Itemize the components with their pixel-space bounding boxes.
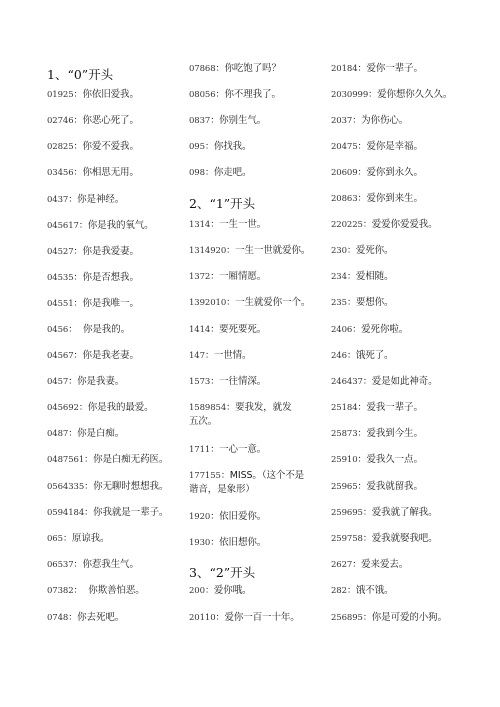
entry-meaning: 爱我就留我。 [366,481,422,492]
entry-code: 04567 [47,351,74,361]
entry-meaning: 要死要死。 [219,324,266,335]
entry-code: 08056 [189,90,216,100]
code-entry: 01925：你依旧爱我。 [47,88,139,102]
code-entry: 25184：爱我一辈子。 [331,401,423,415]
entry-code: 045617 [47,221,79,231]
code-entry: 04551：你是我唯一。 [47,297,139,311]
code-entry: 20184：爱你一辈子。 [331,62,423,76]
code-entry: 02825：你爱不爱我。 [47,140,139,154]
entry-meaning: 你恶心死了。 [82,115,138,126]
entry-meaning: 你是我老妻。 [82,350,138,361]
code-entry: 20863：爱你到来生。 [331,192,423,206]
entry-code: 1314920 [189,246,226,256]
entry-code: 200 [189,586,205,596]
entry-code: 259695 [331,508,363,518]
entry-code: 0487 [47,429,68,439]
code-entry: 0487：你是白痴。 [47,427,124,441]
entry-meaning: 要想你。 [356,297,394,308]
entry-code: 095 [189,142,205,152]
code-entry: 1589854：要我发，就发五次。 [189,401,299,428]
entry-code: 1711 [189,445,210,455]
entry-code: 220225 [331,220,363,230]
entry-code: 2037 [331,116,352,126]
entry-code: 246 [331,351,347,361]
code-entry: 03456：你相思无用。 [47,166,139,180]
entry-meaning: 一心一意。 [219,444,266,455]
code-entry: 0437：你是神经。 [47,193,124,207]
entry-meaning: 你惹我生气。 [82,559,138,570]
entry-code: 0837 [189,116,210,126]
entry-meaning: 你是我的。 [77,324,130,335]
entry-meaning: 你是我唯一。 [82,298,138,309]
entry-meaning: 你是白痴无药医。 [93,454,168,465]
entry-meaning: 一生一世。 [219,219,266,230]
entry-meaning: 你是可爱的小狗。 [372,612,447,623]
entry-code: 25910 [331,455,358,465]
code-entry: 147：一世情。 [189,349,251,363]
code-entry: 2627：爱来爱去。 [331,558,408,572]
code-entry: 04535：你是否想我。 [47,271,139,285]
code-entry: 1314920：一生一世就爱你。 [189,244,310,258]
entry-code: 1392010 [189,298,226,308]
code-entry: 1392010：一生就爱你一个。 [189,296,310,310]
entry-meaning: 你吃饱了吗？ [224,63,280,74]
entry-code: 07868 [189,64,216,74]
code-entry: 1573：一往情深。 [189,375,266,389]
code-entry: 1372：一厢情愿。 [189,270,266,284]
entry-code: 1920 [189,512,210,522]
entry-code: 25184 [331,403,358,413]
code-entry: 08056：你不理我了。 [189,88,281,102]
entry-code: 0487561 [47,455,84,465]
code-entry: 0594184：你我就是一辈子。 [47,506,168,520]
entry-code: 230 [331,246,347,256]
entry-meaning: 你欺善怕恶。 [82,585,144,596]
entry-code: 234 [331,272,347,282]
entry-meaning: 你无聊时想想我。 [93,481,168,492]
entry-meaning: 你爱不爱我。 [82,141,138,152]
entry-code: 25965 [331,482,358,492]
code-entry: 02746：你恶心死了。 [47,114,139,128]
entry-meaning: 爱你到来生。 [366,193,422,204]
code-entry: 246437：爱是如此神奇。 [331,375,438,389]
entry-meaning: 你去死吧。 [77,612,124,623]
code-entry: 1414：要死要死。 [189,323,266,337]
entry-meaning: 爱是如此神奇。 [372,376,438,387]
entry-meaning: 你我就是一辈子。 [93,507,168,518]
code-entry: 25910：爱我久一点。 [331,453,423,467]
entry-meaning: 爱你是幸福。 [366,141,422,152]
entry-meaning: 你是我妻。 [77,376,124,387]
entry-meaning: 你是我的最爱。 [88,402,154,413]
entry-meaning: 你找我。 [214,141,252,152]
entry-meaning: 爱相随。 [356,271,394,282]
entry-meaning: 依旧爱你。 [219,511,266,522]
entry-meaning: 你走吧。 [214,167,252,178]
entry-code: 01925 [47,90,74,100]
code-entry: 07382： 你欺善怕恶。 [47,584,145,598]
entry-meaning: 爱我就娶我吧。 [372,533,438,544]
section-heading-0: 1、“0”开头 [47,67,113,83]
entry-meaning: 你依旧爱我。 [82,89,138,100]
entry-meaning: 饿不饿。 [356,585,394,596]
entry-code: 2030999 [331,90,368,100]
code-entry: 25965：爱我就留我。 [331,480,423,494]
entry-code: 235 [331,298,347,308]
code-entry: 1314：一生一世。 [189,218,266,232]
code-entry: 045692：你是我的最爱。 [47,401,154,415]
entry-meaning: 爱爱你爱爱我。 [372,219,438,230]
entry-meaning: 爱你哦。 [214,585,252,596]
entry-code: 20475 [331,142,358,152]
entry-code: 0748 [47,613,68,623]
entry-meaning: 爱我久一点。 [366,454,422,465]
code-entry: 25873：爱我到今生。 [331,427,423,441]
entry-code: 147 [189,351,205,361]
entry-code: 04527 [47,247,74,257]
entry-meaning: 你相思无用。 [82,167,138,178]
code-entry: 065：原谅我。 [47,532,109,546]
entry-meaning: 你不理我了。 [224,89,280,100]
code-entry: 04527：你是我爱妻。 [47,245,139,259]
entry-code: 2627 [331,560,352,570]
entry-code: 098 [189,168,205,178]
code-entry: 20609：爱你到永久。 [331,166,423,180]
entry-meaning: 依旧想你。 [219,537,266,548]
entry-meaning: 一世情。 [214,350,252,361]
entry-meaning: 爱你一百一十年。 [224,612,299,623]
entry-code: 20184 [331,64,358,74]
entry-meaning: 爱你想你久久久。 [377,89,452,100]
code-entry: 20110：爱你一百一十年。 [189,611,300,625]
code-entry: 246：饿死了。 [331,349,393,363]
code-entry: 200：爱你哦。 [189,584,251,598]
code-entry: 07868：你吃饱了吗？ [189,62,281,76]
code-entry: 1711：一心一意。 [189,443,266,457]
code-entry: 2030999：爱你想你久久久。 [331,88,452,102]
entry-code: 07382 [47,586,74,596]
entry-meaning: 爱我一辈子。 [366,402,422,413]
code-entry: 0487561：你是白痴无药医。 [47,453,168,467]
entry-code: 0456 [47,325,68,335]
entry-meaning: 你是我的氧气。 [88,220,154,231]
entry-meaning: 原谅我。 [72,533,110,544]
entry-meaning: 爱死你。 [356,245,394,256]
code-entry: 0837：你别生气。 [189,114,266,128]
entry-meaning: 你是白痴。 [77,428,124,439]
entry-code: 246437 [331,377,363,387]
entry-code: 02746 [47,116,74,126]
entry-meaning: 爱我到今生。 [366,428,422,439]
entry-meaning: 你是否想我。 [82,272,138,283]
section-heading-1: 2、“1”开头 [189,196,255,212]
code-entry: 234：爱相随。 [331,270,393,284]
entry-code: 20609 [331,168,358,178]
document-page: 1、“0”开头 01925：你依旧爱我。 02746：你恶心死了。 02825：… [0,0,500,707]
code-entry: 0456： 你是我的。 [47,323,130,337]
code-entry: 1920：依旧爱你。 [189,510,266,524]
code-entry: 095：你找我。 [189,140,251,154]
entry-code: 1589854 [189,403,226,413]
entry-code: 25873 [331,429,358,439]
entry-code: 20110 [189,613,216,623]
entry-code: 0437 [47,195,68,205]
code-entry: 2406：爱死你啦。 [331,323,408,337]
code-entry: 2037：为你伤心。 [331,114,408,128]
code-entry: 0564335：你无聊时想想我。 [47,480,168,494]
code-entry: 282：饿不饿。 [331,584,393,598]
entry-code: 20863 [331,194,358,204]
entry-code: 04551 [47,299,74,309]
code-entry: 259758：爱我就娶我吧。 [331,532,438,546]
entry-code: 1314 [189,220,210,230]
entry-code: 282 [331,586,347,596]
code-entry: 1930：依旧想你。 [189,536,266,550]
entry-code: 256895 [331,613,363,623]
code-entry: 0748：你去死吧。 [47,611,124,625]
entry-code: 0594184 [47,508,84,518]
entry-code: 045692 [47,403,79,413]
entry-meaning: 一厢情愿。 [219,271,266,282]
code-entry: 230：爱死你。 [331,244,393,258]
entry-code: 0457 [47,377,68,387]
entry-meaning: 一生就爱你一个。 [235,297,310,308]
entry-code: 0564335 [47,482,84,492]
code-entry: 20475：爱你是幸福。 [331,140,423,154]
entry-meaning: 饿死了。 [356,350,394,361]
entry-code: 06537 [47,560,74,570]
entry-meaning: 爱死你啦。 [361,324,408,335]
code-entry: 098：你走吧。 [189,166,251,180]
entry-code: 1414 [189,325,210,335]
code-entry: 220225：爱爱你爱爱我。 [331,218,438,232]
entry-meaning: 爱来爱去。 [361,559,408,570]
entry-code: 177155 [189,471,221,481]
code-entry: 177155：MISS。（这个不是谐音，是象形） [189,469,307,496]
entry-meaning: 为你伤心。 [361,115,408,126]
entry-code: 03456 [47,168,74,178]
code-entry: 04567：你是我老妻。 [47,349,139,363]
code-entry: 045617：你是我的氧气。 [47,219,154,233]
entry-code: 04535 [47,273,74,283]
entry-meaning: 你是神经。 [77,194,124,205]
entry-meaning: 你是我爱妻。 [82,246,138,257]
code-entry: 0457：你是我妻。 [47,375,124,389]
code-entry: 259695：爱我就了解我。 [331,506,438,520]
entry-code: 02825 [47,142,74,152]
entry-meaning: 爱我就了解我。 [372,507,438,518]
code-entry: 256895：你是可爱的小狗。 [331,611,447,625]
entry-code: 1573 [189,377,210,387]
entry-meaning: 一往情深。 [219,376,266,387]
entry-meaning: 一生一世就爱你。 [235,245,310,256]
entry-meaning: 爱你一辈子。 [366,63,422,74]
entry-code: 259758 [331,534,363,544]
entry-code: 2406 [331,325,352,335]
entry-meaning: 爱你到永久。 [366,167,422,178]
entry-code: 1930 [189,538,210,548]
entry-code: 065 [47,534,63,544]
entry-meaning: 你别生气。 [219,115,266,126]
code-entry: 235：要想你。 [331,296,393,310]
code-entry: 06537：你惹我生气。 [47,558,139,572]
section-heading-2: 3、“2”开头 [189,565,255,581]
entry-code: 1372 [189,272,210,282]
